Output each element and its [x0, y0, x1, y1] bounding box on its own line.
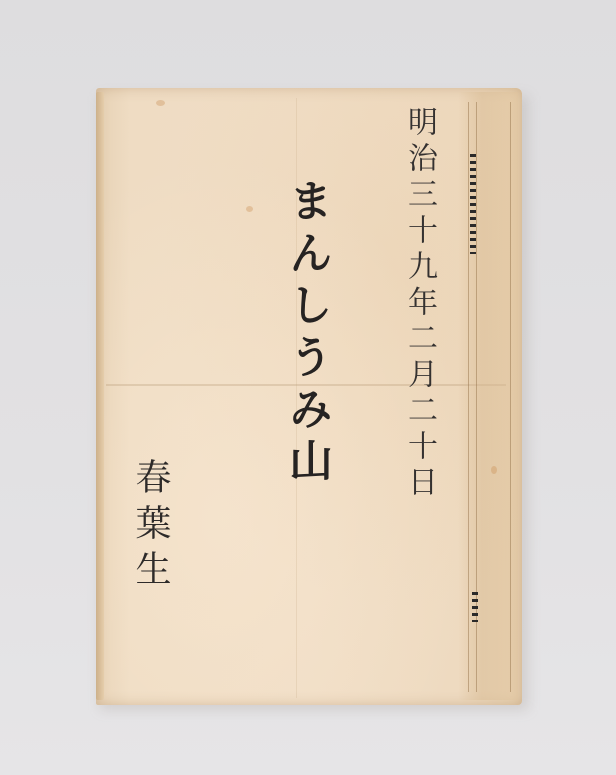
booklet-cover: 明治三十九年二月二十日 まんしうみ山 春葉生 [96, 88, 522, 705]
cover-title: まんしうみ山 [284, 177, 328, 491]
stain [246, 206, 253, 212]
bottom-binding-stitch [472, 592, 478, 622]
top-binding-stitch [470, 154, 476, 254]
binding-spine [458, 92, 518, 700]
stain [491, 466, 497, 474]
date-inscription: 明治三十九年二月二十日 [404, 106, 434, 502]
spine-fold-line [468, 102, 469, 692]
page-edges [96, 92, 104, 700]
author-inscription: 春葉生 [132, 458, 168, 596]
spine-fold-line [510, 102, 511, 692]
stain [156, 100, 165, 106]
